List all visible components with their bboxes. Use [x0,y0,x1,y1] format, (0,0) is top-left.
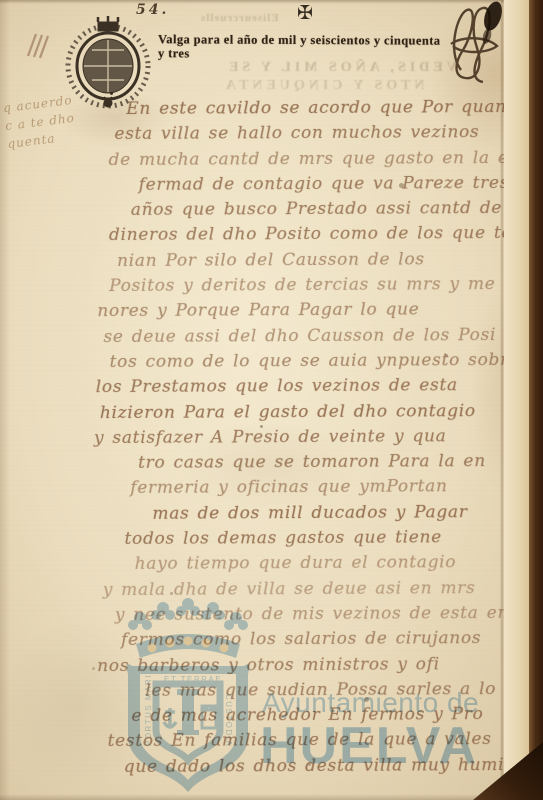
manuscript-line: dineros del dho Posito como de los que t… [109,221,514,248]
page-right-edge [504,0,530,800]
manuscript-line: Positos y deritos de tercias su mrs y me [109,272,514,299]
manuscript-line: les mas que sudian Possa sarles a lo [145,677,516,704]
manuscript-line: mas de dos mill ducados y Pagar [152,500,515,527]
manuscript-line: fermad de contagio que va Pareze tres [139,171,514,198]
page-bottom-edge-shadow [0,794,543,800]
pencil-marks [22,30,54,66]
manuscript-line: años que busco Prestado assi cantd de [131,196,514,223]
manuscript-line: esta villa se hallo con muchos vezinos [114,120,513,147]
printed-header-line2: y tres [158,46,458,62]
manuscript-line: nores y Porque Para Pagar lo que [97,297,514,324]
notary-rubric-icon [443,0,507,94]
manuscript-line: los Prestamos que los vezinos de esta [96,373,515,400]
manuscript-line: tos como de lo que se auia ynpuesto sobr… [110,348,515,375]
manuscript-line: todos los demas gastos que tiene [124,525,515,552]
bleedthrough-text: NTOS Y CINQUENTA [222,78,424,94]
manuscript-line: fermeria y oficinas que ymPortan [130,474,515,501]
manuscript-line: tro casas que se tomaron Para la en [138,449,515,476]
manuscript-line: nos barberos y otros ministros y ofi [97,651,516,678]
manuscript-line: fermos como los salarios de cirujanos [121,626,516,653]
manuscript-line: hayo tiempo que dura el contagio [135,550,516,577]
manuscript-line: que dado los dhos desta villa muy humild… [124,753,517,780]
manuscript-line: de mucha cantd de mrs que gasto en la en [108,146,513,173]
page-left-edge-shadow [0,0,10,800]
binding-edge [529,0,543,800]
manuscript-line: hizieron Para el gasto del dho contagio [100,399,515,426]
manuscript-line: En este cavildo se acordo que Por quanto [126,95,513,122]
printed-header: Valga para el año de mil y seiscientos y… [158,32,458,62]
page-top-edge-shadow [0,0,543,4]
manuscript-page-scan: Eliseurcruells VEDIS, AÑOS MIL Y SE NTOS… [0,0,543,800]
manuscript-line: y nee sustento de mis vezinos de esta en [115,601,516,628]
bleedthrough-text: VEDIS, AÑOS MIL Y SE [225,60,457,76]
manuscript-line: testos En familias que de la que a vales [108,727,517,754]
manuscript-line: se deue assi del dho Causson de los Posi [103,323,514,350]
manuscript-body: En este cavildo se acordo que Por quanto… [108,95,517,780]
bleedthrough-text: Eliseurcruells [200,12,279,24]
manuscript-line: e de mas acrehedor En fermos y Pro [131,702,516,729]
manuscript-line: y satisfazer A Presio de veinte y qua [94,424,515,452]
cross-ornament-icon: ✠ [297,2,313,24]
printed-header-line1: Valga para el año de mil y seiscientos y… [158,32,458,48]
manuscript-line: nian Por silo del Causson de los [117,247,514,274]
manuscript-line: y mala dha de villa se deue asi en mrs [103,576,516,603]
